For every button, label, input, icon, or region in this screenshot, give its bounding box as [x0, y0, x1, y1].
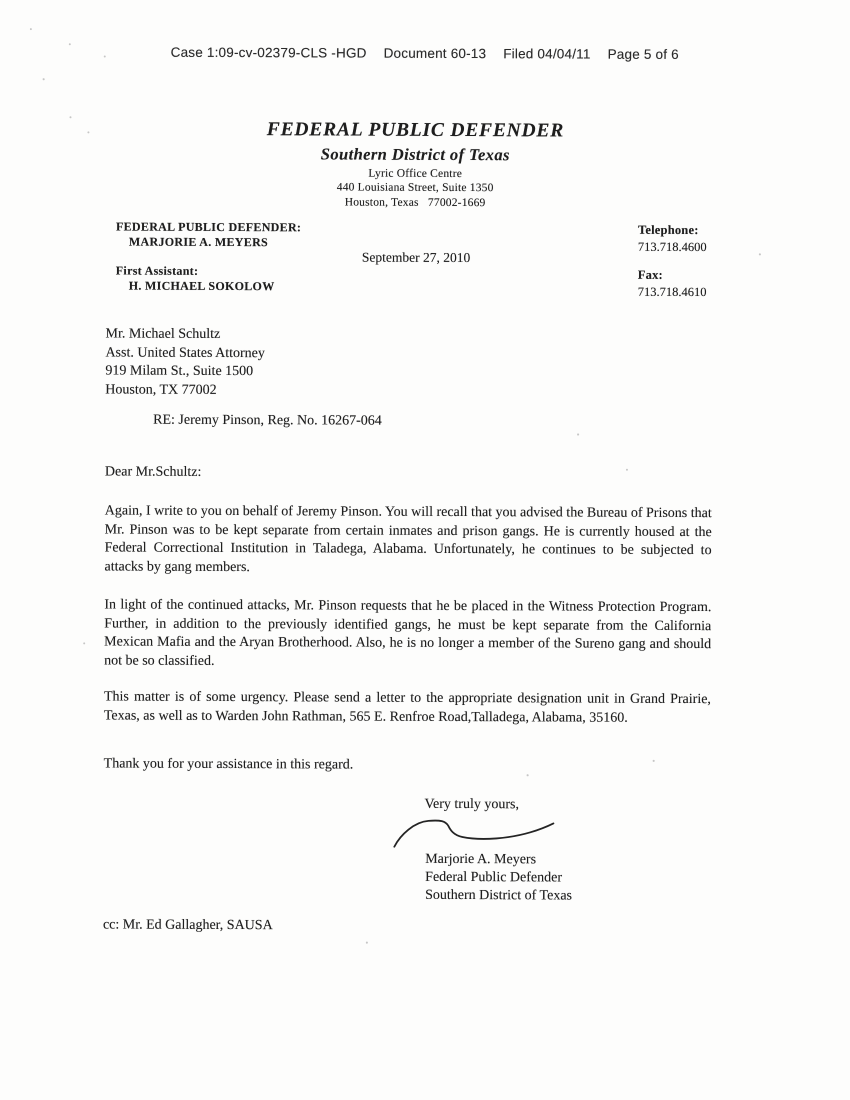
scan-speck [104, 55, 106, 57]
scan-speck [69, 116, 71, 118]
scan-speck [30, 28, 32, 30]
letterhead-title: FEDERAL PUBLIC DEFENDER [0, 118, 840, 144]
defender-name: MARJORIE A. MEYERS [116, 235, 301, 251]
assistant-label: First Assistant: [116, 264, 301, 280]
recipient-address: Mr. Michael Schultz Asst. United States … [105, 325, 265, 400]
body-paragraph-4: Thank you for your assistance in this re… [104, 755, 711, 776]
signer-title-1: Federal Public Defender [425, 869, 572, 888]
letter-date: September 27, 2010 [362, 250, 470, 266]
contact-block: Telephone: 713.718.4600 Fax: 713.718.461… [638, 222, 707, 301]
page-number: Page 5 of 6 [608, 47, 679, 62]
scan-speck [577, 434, 579, 436]
fax-number: 713.718.4610 [638, 284, 707, 301]
filed-date: Filed 04/04/11 [503, 46, 590, 61]
letterhead-street: 440 Louisiana Street, Suite 1350 [0, 180, 840, 196]
telephone-label: Telephone: [638, 222, 707, 239]
salutation: Dear Mr.Schultz: [105, 464, 201, 480]
scan-speck [759, 253, 761, 255]
signer-title-2: Southern District of Texas [425, 887, 572, 906]
signer-name: Marjorie A. Meyers [425, 851, 572, 870]
officials-block: FEDERAL PUBLIC DEFENDER: MARJORIE A. MEY… [116, 220, 302, 295]
recipient-street: 919 Milam St., Suite 1500 [105, 363, 265, 382]
scan-speck [626, 469, 628, 471]
letterhead: FEDERAL PUBLIC DEFENDER Southern Distric… [0, 118, 840, 210]
defender-label: FEDERAL PUBLIC DEFENDER: [116, 220, 301, 236]
case-number: Case 1:09-cv-02379-CLS -HGD [171, 45, 367, 61]
scan-speck [366, 942, 368, 944]
letterhead-building: Lyric Office Centre [0, 165, 840, 181]
fax-label: Fax: [638, 267, 707, 284]
signature [390, 811, 558, 852]
scan-speck [43, 78, 45, 80]
recipient-city: Houston, TX 77002 [105, 381, 265, 400]
re-subject-line: RE: Jeremy Pinson, Reg. No. 16267-064 [153, 413, 382, 430]
scan-speck [527, 774, 529, 776]
body-paragraph-1: Again, I write to you on behalf of Jerem… [104, 502, 711, 579]
scan-content: Case 1:09-cv-02379-CLS -HGD Document 60-… [0, 0, 850, 1100]
scan-speck [69, 43, 71, 45]
scan-speck [87, 131, 89, 133]
body-paragraph-3: This matter is of some urgency. Please s… [104, 688, 711, 728]
scan-speck [653, 760, 655, 762]
body-paragraph-2: In light of the continued attacks, Mr. P… [104, 596, 711, 673]
document-number: Document 60-13 [384, 46, 487, 61]
letterhead-city: Houston, Texas 77002-1669 [0, 194, 840, 210]
court-stamp-header: Case 1:09-cv-02379-CLS -HGD Document 60-… [0, 44, 850, 63]
cc-line: cc: Mr. Ed Gallagher, SAUSA [103, 917, 273, 934]
telephone-number: 713.718.4600 [638, 239, 707, 256]
recipient-title: Asst. United States Attorney [105, 344, 265, 363]
scanned-letter-page: Case 1:09-cv-02379-CLS -HGD Document 60-… [0, 0, 850, 1100]
letterhead-subtitle: Southern District of Texas [0, 143, 840, 167]
recipient-name: Mr. Michael Schultz [105, 325, 265, 344]
scan-speck [83, 642, 85, 644]
assistant-name: H. MICHAEL SOKOLOW [116, 279, 301, 295]
signer-block: Marjorie A. Meyers Federal Public Defend… [425, 851, 572, 906]
